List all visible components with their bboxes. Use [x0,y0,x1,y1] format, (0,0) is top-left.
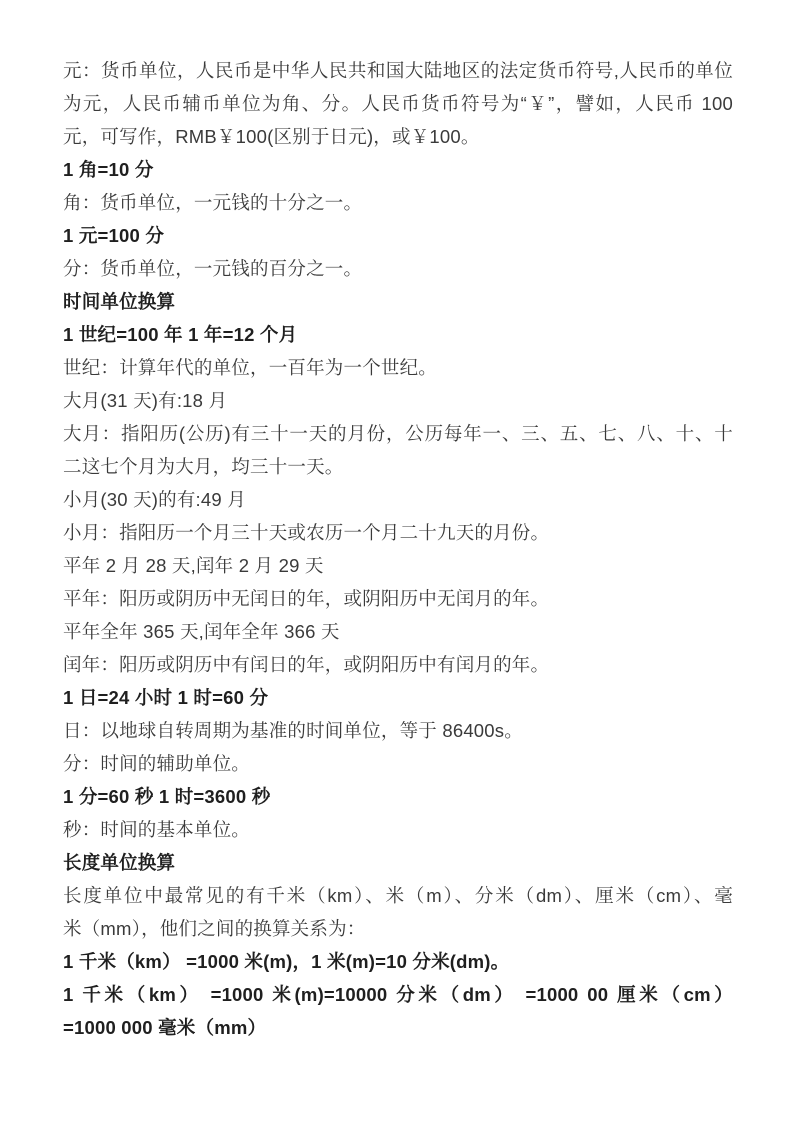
rule-km-chain-line2: =1000 000 毫米（mm） [63,1011,733,1044]
heading-length-units: 长度单位换算 [63,846,733,879]
fact-big-month-days: 大月(31 天)有:18 月 [63,384,733,417]
para-small-month-def: 小月：指阳历一个月三十天或农历一个月二十九天的月份。 [63,516,733,549]
para-yuan-def-line2: 为元，人民币辅币单位为角、分。人民币货币符号为“￥”，譬如，人民币 100 [63,87,733,120]
heading-time-units: 时间单位换算 [63,285,733,318]
fact-small-month-days: 小月(30 天)的有:49 月 [63,483,733,516]
rule-yuan-fen: 1 元=100 分 [63,219,733,252]
fact-feb-days: 平年 2 月 28 天,闰年 2 月 29 天 [63,549,733,582]
para-leap-year-def: 闰年：阳历或阴历中有闰日的年，或阴阳历中有闰月的年。 [63,648,733,681]
document-page: 元：货币单位，人民币是中华人民共和国大陆地区的法定货币符号,人民币的单位 为元，… [0,0,793,1122]
para-minute-aux-def: 分：时间的辅助单位。 [63,747,733,780]
para-big-month-def-line1: 大月：指阳历(公历)有三十一天的月份，公历每年一、三、五、七、八、十、十 [63,417,733,450]
rule-km-m-dm: 1 千米（km） =1000 米(m)，1 米(m)=10 分米(dm)。 [63,945,733,978]
rule-jiao-fen: 1 角=10 分 [63,153,733,186]
rule-km-chain-line1: 1 千米（km） =1000 米(m)=10000 分米（dm） =1000 0… [63,978,733,1011]
para-fen-def: 分：货币单位，一元钱的百分之一。 [63,252,733,285]
rule-day-hour-minute: 1 日=24 小时 1 时=60 分 [63,681,733,714]
para-second-def: 秒：时间的基本单位。 [63,813,733,846]
para-jiao-def: 角：货币单位，一元钱的十分之一。 [63,186,733,219]
para-common-year-def: 平年：阳历或阴历中无闰日的年，或阴阳历中无闰月的年。 [63,582,733,615]
para-yuan-def-line3: 元，可写作，RMB￥100(区别于日元)，或￥100。 [63,120,733,153]
fact-year-days: 平年全年 365 天,闰年全年 366 天 [63,615,733,648]
para-big-month-def-line2: 二这七个月为大月，均三十一天。 [63,450,733,483]
rule-century-year: 1 世纪=100 年 1 年=12 个月 [63,318,733,351]
para-length-intro-line1: 长度单位中最常见的有千米（km）、米（m）、分米（dm）、厘米（cm）、毫 [63,879,733,912]
rule-minute-second: 1 分=60 秒 1 时=3600 秒 [63,780,733,813]
para-century-def: 世纪：计算年代的单位，一百年为一个世纪。 [63,351,733,384]
para-length-intro-line2: 米（mm），他们之间的换算关系为： [63,912,733,945]
para-day-def: 日：以地球自转周期为基准的时间单位，等于 86400s。 [63,714,733,747]
para-yuan-def-line1: 元：货币单位，人民币是中华人民共和国大陆地区的法定货币符号,人民币的单位 [63,54,733,87]
